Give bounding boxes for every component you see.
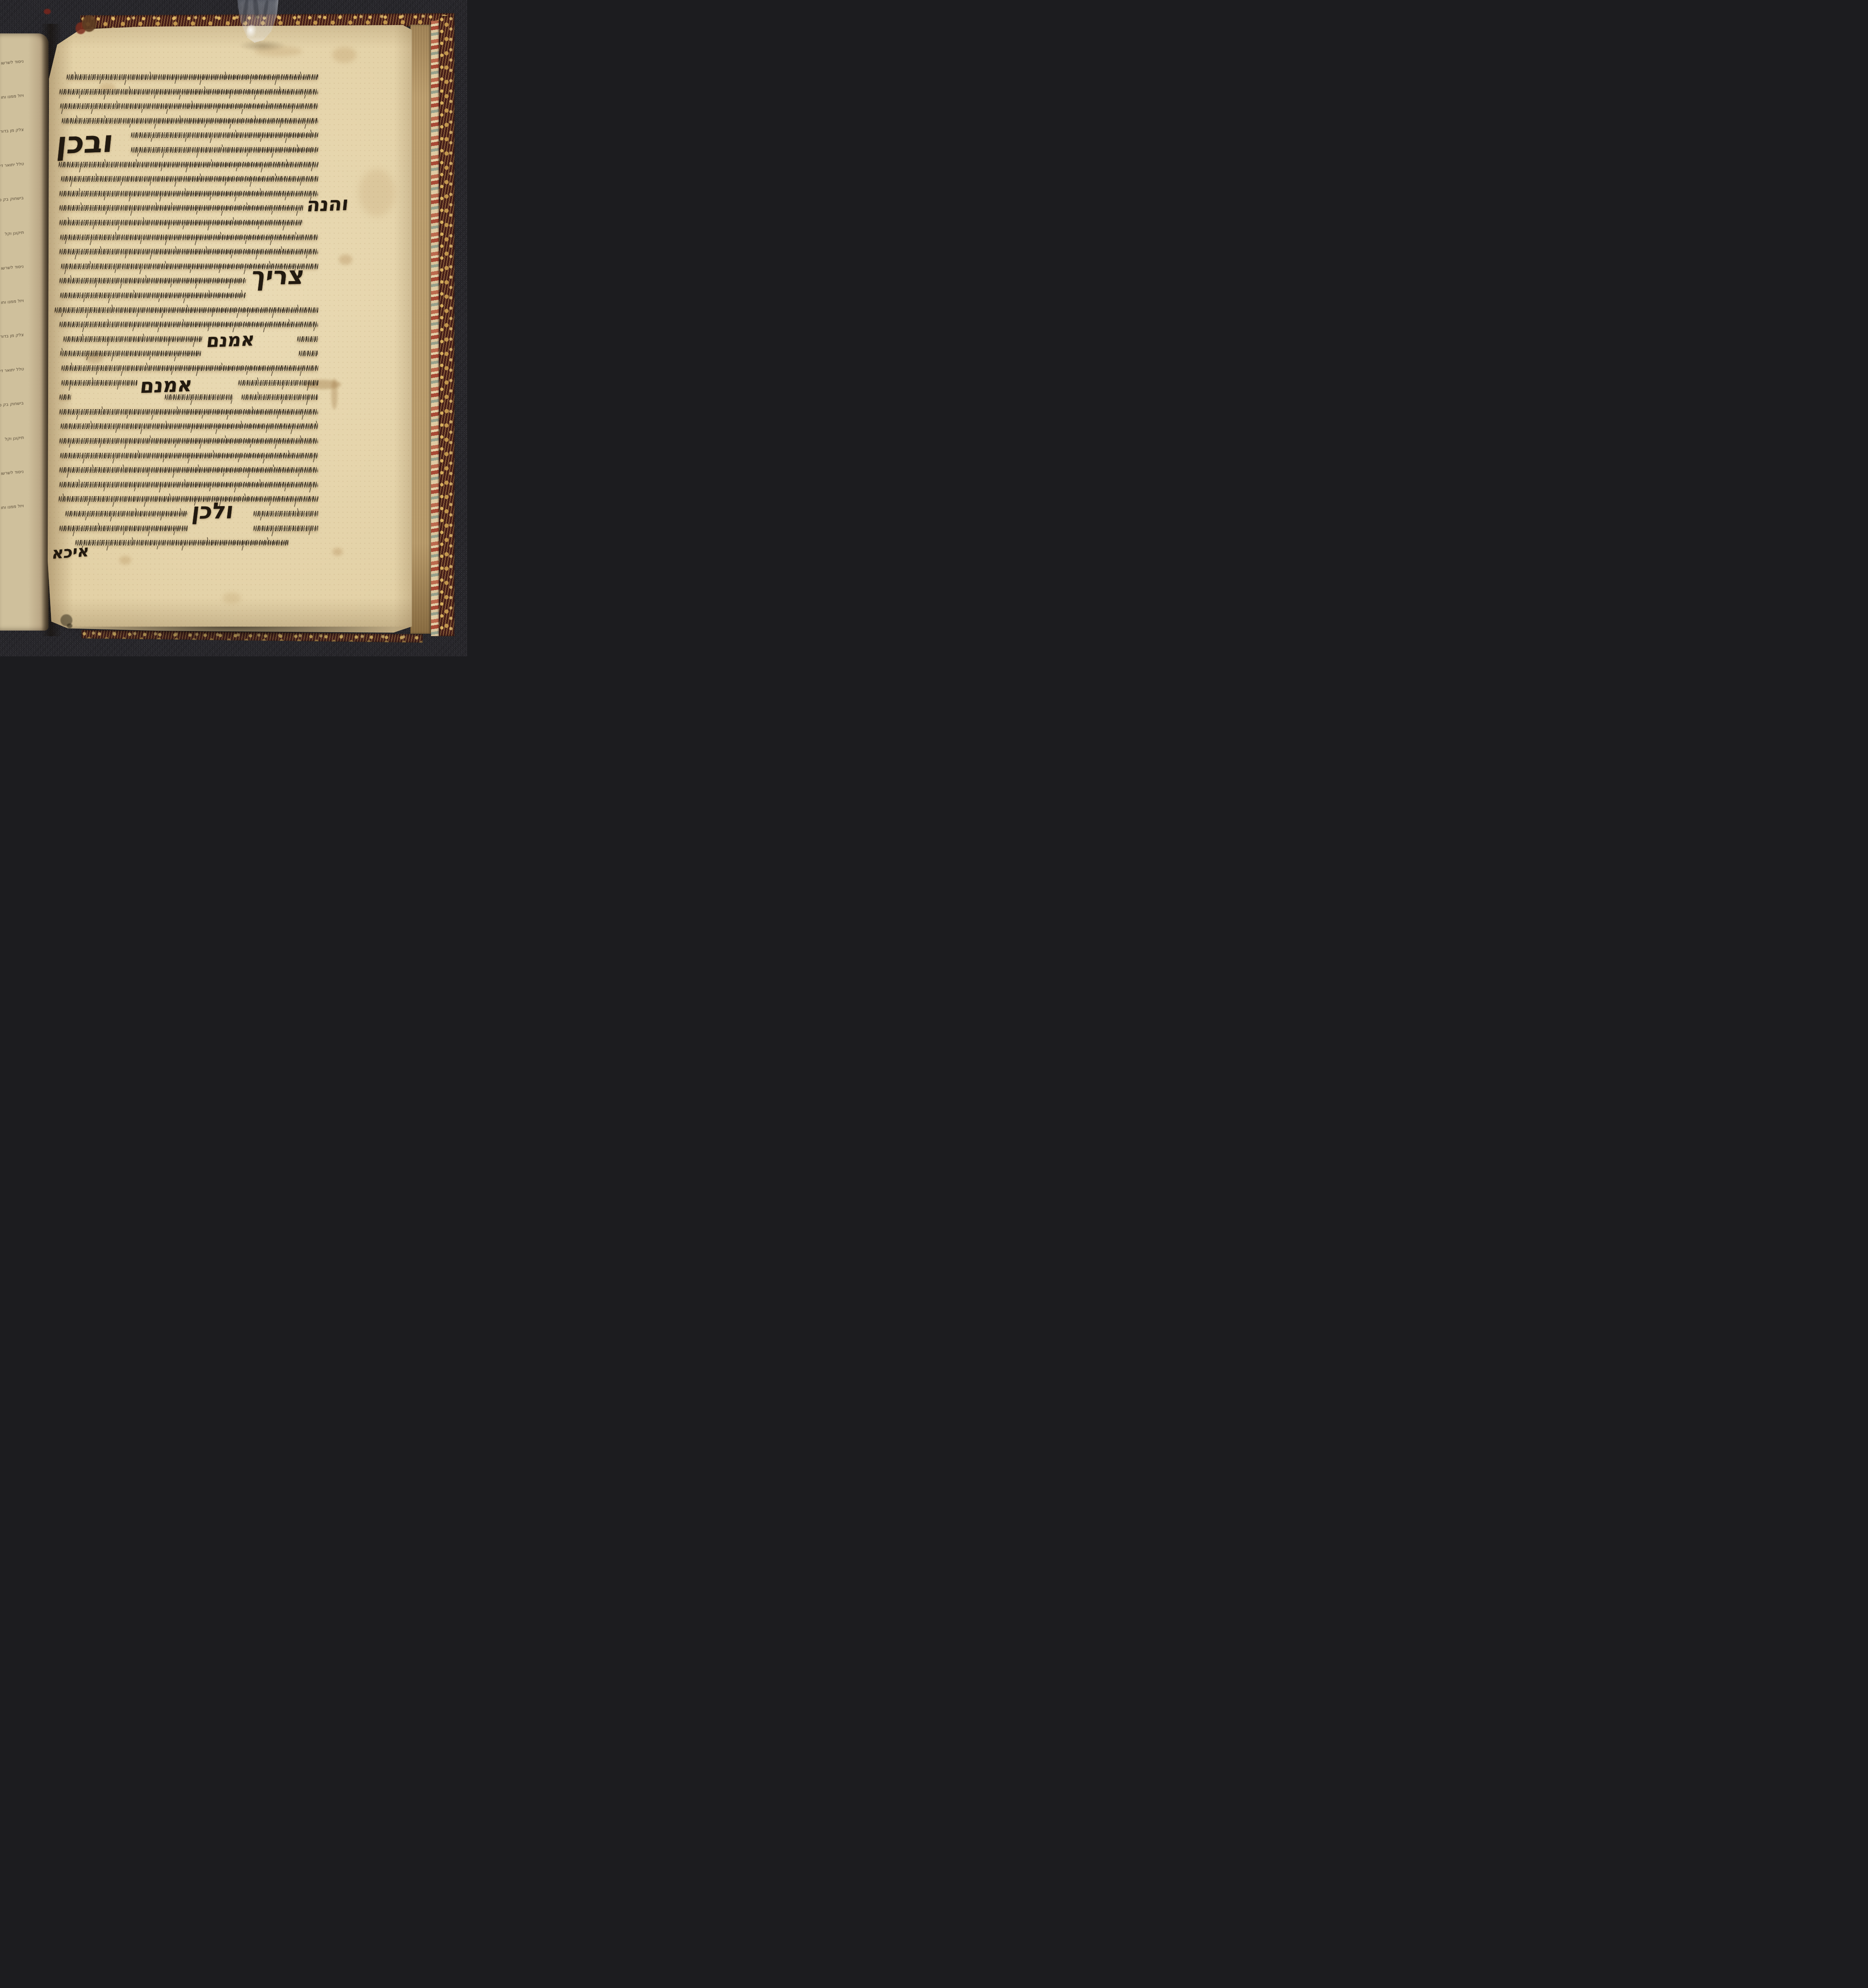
ascender-stroke <box>175 246 176 249</box>
descender-stroke <box>85 516 87 520</box>
ascender-stroke <box>300 435 301 438</box>
facing-page-fragment: ניסוד לשרשו <box>1 58 24 66</box>
descender-stroke <box>160 516 162 520</box>
ascender-stroke <box>132 537 133 540</box>
ascender-stroke <box>98 522 99 525</box>
descender-stroke <box>301 415 303 420</box>
ascender-stroke <box>207 537 208 540</box>
descender-stroke <box>285 196 286 200</box>
descender-stroke <box>249 182 251 187</box>
ascender-stroke <box>71 363 72 365</box>
display-word: ולכן <box>191 501 235 521</box>
descender-stroke <box>229 95 231 99</box>
descender-stroke <box>271 153 273 158</box>
descender-stroke <box>112 458 114 464</box>
facing-page-fragment: תיקונן וקל <box>5 435 24 442</box>
text-line <box>60 351 201 356</box>
descender-stroke <box>154 95 155 99</box>
descender-stroke <box>129 124 131 128</box>
descender-stroke <box>157 327 159 332</box>
descender-stroke <box>154 124 156 129</box>
ascender-stroke <box>80 202 82 205</box>
descender-stroke <box>246 371 248 375</box>
descender-stroke <box>187 458 189 464</box>
descender-stroke <box>296 211 298 216</box>
descender-stroke <box>93 225 94 229</box>
descender-stroke <box>111 356 113 361</box>
descender-stroke <box>112 502 114 507</box>
ascender-stroke <box>225 72 226 74</box>
facing-page-fragment: טלל יתואר די <box>0 366 24 373</box>
descender-stroke <box>95 283 97 287</box>
text-line <box>59 249 318 254</box>
descender-stroke <box>86 356 88 360</box>
facing-page-fragment: ניסוד לשרשו <box>1 264 24 271</box>
descender-stroke <box>285 138 287 143</box>
ascender-stroke <box>213 450 214 452</box>
descender-stroke <box>207 225 209 231</box>
ascender-stroke <box>281 246 282 249</box>
text-line <box>59 89 318 95</box>
descender-stroke <box>300 182 301 186</box>
descender-stroke <box>272 313 274 318</box>
ascender-stroke <box>184 188 186 191</box>
descender-stroke <box>209 487 211 491</box>
ascender-stroke <box>241 290 242 293</box>
ascender-stroke <box>225 435 226 438</box>
descender-stroke <box>284 487 286 491</box>
ascender-stroke <box>246 202 247 205</box>
descender-stroke <box>159 196 161 202</box>
text-line <box>59 438 318 444</box>
ascender-stroke <box>89 261 91 264</box>
descender-stroke <box>115 429 117 433</box>
descender-stroke <box>262 458 264 464</box>
text-line <box>65 511 188 516</box>
descender-stroke <box>162 153 164 158</box>
descender-stroke <box>120 371 122 376</box>
text-line <box>60 423 318 429</box>
ascender-stroke <box>206 246 207 249</box>
weight-highlight <box>247 25 257 38</box>
descender-stroke <box>134 487 136 491</box>
descender-stroke <box>298 473 299 477</box>
ascender-stroke <box>95 173 97 176</box>
descender-stroke <box>136 313 138 317</box>
descender-stroke <box>82 327 84 332</box>
descender-stroke <box>277 415 278 419</box>
ascender-stroke <box>143 334 144 336</box>
descender-stroke <box>99 80 101 84</box>
ascender-stroke <box>257 377 258 380</box>
text-line <box>59 394 71 400</box>
ascender-stroke <box>82 334 83 336</box>
descender-stroke <box>254 95 256 100</box>
descender-stroke <box>266 429 267 433</box>
descender-stroke <box>313 458 315 462</box>
ascender-stroke <box>146 363 147 365</box>
text-line <box>59 467 318 473</box>
descender-stroke <box>271 371 273 376</box>
descender-stroke <box>72 531 74 536</box>
text-line <box>61 365 318 371</box>
descender-stroke <box>225 182 226 186</box>
text-line <box>59 191 318 196</box>
ascender-stroke <box>297 508 298 511</box>
descender-stroke <box>125 254 126 258</box>
descender-stroke <box>236 167 237 171</box>
descender-stroke <box>61 109 63 114</box>
text-line <box>58 496 318 502</box>
descender-stroke <box>311 167 313 171</box>
descender-stroke <box>216 109 218 113</box>
descender-stroke <box>196 153 198 158</box>
descender-stroke <box>290 429 292 434</box>
text-line <box>59 278 246 283</box>
descender-stroke <box>271 531 273 536</box>
descender-stroke <box>250 444 251 448</box>
ascender-stroke <box>252 406 253 409</box>
display-word: והנה <box>306 196 350 213</box>
descender-stroke <box>172 473 174 478</box>
ascender-stroke <box>198 464 199 467</box>
descender-stroke <box>123 531 124 535</box>
descender-stroke <box>274 80 276 85</box>
descender-stroke <box>148 473 149 477</box>
descender-stroke <box>120 182 122 186</box>
text-line <box>60 293 246 298</box>
ascender-stroke <box>316 421 317 423</box>
descender-stroke <box>128 196 130 202</box>
descender-stroke <box>79 167 81 173</box>
descender-stroke <box>110 516 112 522</box>
ascender-stroke <box>133 290 134 293</box>
descender-stroke <box>243 269 245 274</box>
descender-stroke <box>158 298 160 302</box>
descender-stroke <box>82 458 84 464</box>
descender-stroke <box>107 342 109 346</box>
descender-stroke <box>166 109 168 114</box>
catchword: איכא <box>51 544 89 560</box>
manuscript-photo: ובכןוהנהצריךאמנםאמנםולכןאיכא ניסוד לשרשו… <box>0 0 467 656</box>
ascender-stroke <box>76 115 77 118</box>
ascender-stroke <box>220 231 221 234</box>
text-line <box>59 205 303 211</box>
handwritten-text-block: ובכןוהנהצריךאמנםאמנםולכןאיכא <box>0 0 467 656</box>
descender-stroke <box>76 415 78 420</box>
facing-page-fragment: ויזל ממנו וחו <box>1 503 24 510</box>
descender-stroke <box>124 444 126 449</box>
text-line <box>63 336 202 342</box>
ascender-stroke <box>295 231 296 234</box>
descender-stroke <box>280 124 281 128</box>
weight-shadow <box>239 40 286 52</box>
ascender-stroke <box>288 450 289 452</box>
ascender-stroke <box>191 101 192 103</box>
descender-stroke <box>282 386 284 390</box>
descender-stroke <box>68 386 70 391</box>
ascender-stroke <box>297 304 298 307</box>
descender-stroke <box>149 356 151 360</box>
descender-stroke <box>307 386 309 391</box>
descender-stroke <box>190 269 191 273</box>
ascender-stroke <box>92 464 93 467</box>
text-line <box>131 147 318 153</box>
ascender-stroke <box>155 202 157 205</box>
text-line <box>59 482 318 487</box>
descender-stroke <box>104 196 105 200</box>
ascender-stroke <box>107 319 109 322</box>
ascender-stroke <box>184 479 185 482</box>
descender-stroke <box>234 487 236 493</box>
descender-stroke <box>144 502 146 507</box>
facing-page-fragment: בישחוק בק כד <box>0 400 24 408</box>
descender-stroke <box>260 138 262 142</box>
ascender-stroke <box>279 86 280 89</box>
descender-stroke <box>140 429 142 434</box>
descender-stroke <box>115 269 116 273</box>
ascender-stroke <box>138 450 139 452</box>
ascender-stroke <box>171 202 172 205</box>
descender-stroke <box>175 444 176 448</box>
ascender-stroke <box>129 86 130 89</box>
ascender-stroke <box>180 508 181 511</box>
ascender-stroke <box>200 173 201 176</box>
descender-stroke <box>99 444 101 448</box>
descender-stroke <box>215 429 217 434</box>
descender-stroke <box>294 502 296 507</box>
descender-stroke <box>150 254 151 260</box>
descender-stroke <box>161 167 162 171</box>
descender-stroke <box>241 546 243 551</box>
descender-stroke <box>117 225 119 231</box>
descender-stroke <box>108 298 110 303</box>
facing-page-fragment: בישחוק בק כד <box>0 195 24 203</box>
descender-stroke <box>83 298 85 302</box>
ascender-stroke <box>104 159 105 161</box>
facing-page-text-fragments: ניסוד לשרשוויזל ממנו וחוצלק מן בדורסטלל … <box>0 0 49 656</box>
ascender-stroke <box>221 144 223 147</box>
descender-stroke <box>96 371 97 375</box>
descender-stroke <box>196 211 198 215</box>
ascender-stroke <box>62 493 64 496</box>
descender-stroke <box>105 211 107 215</box>
ascender-stroke <box>211 159 212 161</box>
descender-stroke <box>181 546 183 551</box>
descender-stroke <box>219 269 220 273</box>
descender-stroke <box>130 211 132 216</box>
text-line <box>66 74 318 80</box>
text-line <box>62 118 318 124</box>
descender-stroke <box>202 415 203 419</box>
descender-stroke <box>260 167 262 173</box>
descender-stroke <box>270 240 272 245</box>
descender-stroke <box>247 313 249 317</box>
ascender-stroke <box>183 319 184 322</box>
descender-stroke <box>175 80 176 84</box>
descender-stroke <box>148 531 150 536</box>
descender-stroke <box>103 487 105 491</box>
descender-stroke <box>212 313 213 317</box>
ascender-stroke <box>273 464 274 467</box>
descender-stroke <box>263 327 265 332</box>
descender-stroke <box>250 80 251 84</box>
descender-stroke <box>190 429 192 433</box>
ascender-stroke <box>74 72 76 74</box>
ascender-stroke <box>169 493 170 496</box>
ascender-stroke <box>135 508 136 511</box>
ascender-stroke <box>257 392 258 394</box>
ascender-stroke <box>204 86 205 89</box>
ascender-stroke <box>275 173 276 176</box>
descender-stroke <box>271 211 273 215</box>
ascender-stroke <box>116 101 117 103</box>
descender-stroke <box>309 531 310 535</box>
descender-stroke <box>183 298 185 303</box>
text-line <box>297 336 318 342</box>
ascender-stroke <box>286 159 287 161</box>
descender-stroke <box>170 283 172 287</box>
text-line <box>59 526 188 531</box>
ascender-stroke <box>100 246 101 249</box>
facing-page-fragment: ויזל ממנו וחו <box>1 298 24 305</box>
descender-stroke <box>183 225 184 229</box>
descender-stroke <box>179 95 181 100</box>
descender-stroke <box>64 269 66 274</box>
descender-stroke <box>241 109 243 114</box>
descender-stroke <box>132 327 134 331</box>
text-line <box>59 409 318 415</box>
ascender-stroke <box>122 464 124 467</box>
facing-page-fragment: צלק מן בדורס <box>0 127 24 134</box>
descender-stroke <box>89 240 91 245</box>
descender-stroke <box>61 313 63 317</box>
ascender-stroke <box>254 115 256 118</box>
descender-stroke <box>151 138 152 142</box>
ascender-stroke <box>101 406 103 409</box>
descender-stroke <box>196 371 198 376</box>
ascender-stroke <box>288 319 289 322</box>
descender-stroke <box>247 473 249 478</box>
descender-stroke <box>223 473 224 477</box>
text-line <box>253 511 318 516</box>
text-line <box>131 132 318 138</box>
ascender-stroke <box>241 421 242 423</box>
descender-stroke <box>66 473 68 478</box>
descender-stroke <box>221 211 223 216</box>
ascender-stroke <box>186 304 188 307</box>
text-line <box>58 162 318 167</box>
descender-stroke <box>199 444 201 449</box>
text-line <box>59 322 318 327</box>
descender-stroke <box>204 124 206 128</box>
descender-stroke <box>231 400 232 404</box>
descender-stroke <box>234 196 236 202</box>
ascender-stroke <box>310 130 311 132</box>
descender-stroke <box>65 240 66 244</box>
ascender-stroke <box>221 363 222 365</box>
descender-stroke <box>195 283 197 289</box>
descender-stroke <box>157 546 158 549</box>
facing-page-fragment: ניסוד לשרשו <box>1 469 24 476</box>
ascender-stroke <box>90 421 91 423</box>
descender-stroke <box>313 327 315 331</box>
descender-stroke <box>255 254 257 260</box>
descender-stroke <box>117 386 118 390</box>
ascender-stroke <box>92 377 93 380</box>
display-word: צריך <box>250 265 306 287</box>
text-line <box>75 540 289 546</box>
descender-stroke <box>282 225 284 231</box>
descender-stroke <box>91 109 93 114</box>
ascender-stroke <box>145 275 146 278</box>
ascender-stroke <box>177 406 178 409</box>
ascender-stroke <box>235 130 236 132</box>
ascender-stroke <box>150 72 151 74</box>
descender-stroke <box>106 546 108 551</box>
descender-stroke <box>139 269 141 274</box>
descender-stroke <box>70 182 72 187</box>
descender-stroke <box>274 444 276 449</box>
ascender-stroke <box>208 290 210 293</box>
facing-page-fragment: ויזל ממנו וחו <box>1 93 24 100</box>
text-line <box>54 307 318 313</box>
descender-stroke <box>185 138 186 142</box>
ascender-stroke <box>68 217 69 220</box>
descender-stroke <box>185 167 187 173</box>
descender-stroke <box>74 254 76 260</box>
ascender-stroke <box>179 115 181 118</box>
descender-stroke <box>79 95 80 99</box>
text-line <box>59 220 303 225</box>
descender-stroke <box>226 415 228 420</box>
text-line <box>60 103 318 109</box>
text-line <box>253 526 318 531</box>
facing-page-fragment: צלק מן בדורס <box>0 332 24 340</box>
ascender-stroke <box>70 275 71 278</box>
ascender-stroke <box>260 188 261 191</box>
descender-stroke <box>174 182 176 187</box>
descender-stroke <box>150 182 151 186</box>
descender-stroke <box>161 313 163 318</box>
descender-stroke <box>306 254 307 258</box>
text-line <box>60 235 318 240</box>
descender-stroke <box>151 415 153 420</box>
descender-stroke <box>258 225 259 229</box>
descender-stroke <box>199 80 201 85</box>
ascender-stroke <box>79 188 80 191</box>
ascender-stroke <box>143 217 144 220</box>
descender-stroke <box>168 225 169 229</box>
descender-stroke <box>86 313 88 318</box>
descender-stroke <box>192 342 194 347</box>
ascender-stroke <box>150 435 151 438</box>
ascender-stroke <box>78 479 80 482</box>
display-word: אמנם <box>139 376 193 395</box>
descender-stroke <box>231 254 232 258</box>
ascender-stroke <box>244 493 245 496</box>
descender-stroke <box>140 240 142 244</box>
descender-stroke <box>141 109 143 113</box>
descender-stroke <box>124 80 126 85</box>
descender-stroke <box>247 153 248 157</box>
descender-stroke <box>137 153 139 157</box>
display-word: אמנם <box>206 332 255 349</box>
descender-stroke <box>291 109 293 113</box>
descender-stroke <box>304 95 306 99</box>
descender-stroke <box>210 138 212 143</box>
text-line <box>61 176 318 182</box>
